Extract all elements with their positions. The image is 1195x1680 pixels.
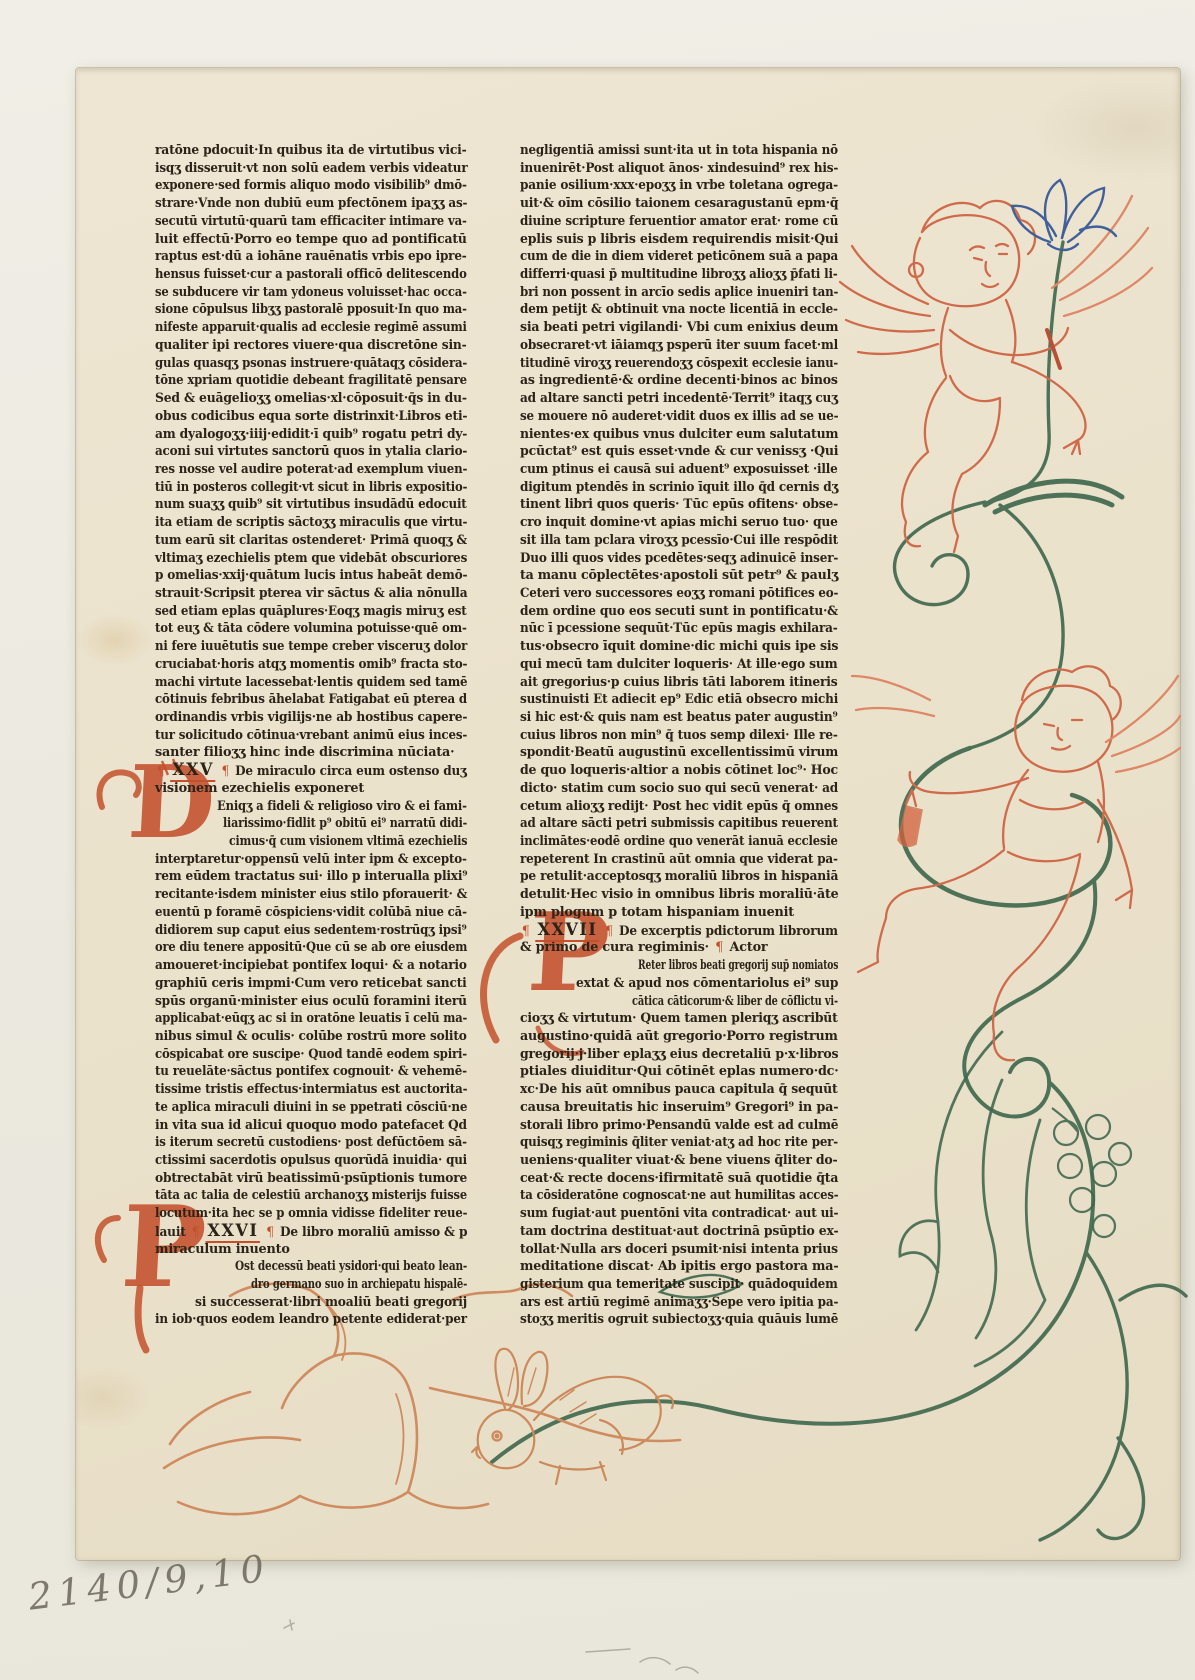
- text-line: Eniqʒ a fideli & religioso viro & ei fam…: [155, 798, 467, 816]
- text-line: tur solicitudo cōtinua·vrebant animū eiu…: [155, 727, 467, 745]
- text-line: Sed & euāgelioʒʒ omelias·xl·cōposuit·q̄s…: [155, 390, 467, 408]
- text-line: cioʒʒ & virtutum· Quem tamen pleriqʒ asc…: [520, 1010, 838, 1028]
- text-line: graphiū ceris impmi·Cum vero reticebat s…: [155, 975, 467, 993]
- text-line: in vita sua id alicui quoquo modo patefa…: [155, 1117, 467, 1135]
- text-line: sit illa tam pclara viroʒʒ pcessīo·Cui i…: [520, 532, 838, 550]
- text-line: qualiter ipi rectores viuere·qua discret…: [155, 337, 467, 355]
- text-line: tāta ac talia de celestiū archanoʒʒ mist…: [155, 1187, 467, 1205]
- text-line: tissime tristis effectus·intermiatus est…: [155, 1081, 467, 1099]
- text-line: applicabat·eūqʒ ac si in oratōne leuatis…: [155, 1010, 467, 1028]
- text-line: tu reuelāte·sāctus pontifex cognouit· & …: [155, 1063, 467, 1081]
- text-line: uit·& oīm cōsilio taionem cesaragustanū …: [520, 195, 838, 213]
- text-line: causa breuitatis hic inseruim⁹ Gregori⁹ …: [520, 1099, 838, 1117]
- text-line: nifeste apparuit·qualis ad ecclesie regi…: [155, 319, 467, 337]
- text-line: Reter libros beati gregorij sup̄ nomiato…: [520, 957, 838, 975]
- text-column-left: ratōne pdocuit·In quibus ita de virtutib…: [155, 142, 467, 1329]
- text-line: secutū virtutū·quarū tam efficaciter int…: [155, 213, 467, 231]
- text-line: cātica cāticorum·& liber de cōflictu vi-: [520, 993, 838, 1011]
- text-line: inuenirēt·Post aliquot ānos· xindesuind⁹…: [520, 160, 838, 178]
- text-line: cuius libros non min⁹ q̄ tuos semp dilex…: [520, 727, 838, 745]
- text-line: vltimaʒ ezechielis ptem que videbāt obsc…: [155, 550, 467, 568]
- text-line: recitante·isdem minister eius stilo pfor…: [155, 886, 467, 904]
- text-line: amoueret·incipiebat pontifex loqui· & a …: [155, 957, 467, 975]
- text-line: ni fere iuuētutis sue tempe creber visce…: [155, 638, 467, 656]
- text-line: liarissimo·fidlit p⁹ obitū ei⁹ narratū d…: [155, 815, 467, 833]
- text-line: obus codicibus equa sorte distrinxit·Lib…: [155, 408, 467, 426]
- text-line: rem eūdem tractatus sui· illo p interual…: [155, 868, 467, 886]
- text-line: visionem ezechielis exponeret: [155, 780, 467, 798]
- text-line: lauit ¶ XXVI ¶ De libro moraliū amisso &…: [155, 1223, 467, 1241]
- text-line: is iterum secretū custodiens· post defūc…: [155, 1134, 467, 1152]
- text-line: gisterium qua temeritate suscipit· quādo…: [520, 1276, 838, 1294]
- text-line: xc·De his aūt omnibus pauca capitula q̄ …: [520, 1081, 838, 1099]
- text-line: dicto· statim cum socio suo qui secū ven…: [520, 780, 838, 798]
- text-line: p omelias·xxij·quātum lucis intus habeāt…: [155, 567, 467, 585]
- text-line: meditatione discat· Ab ipitis ergo pasto…: [520, 1258, 838, 1276]
- text-line: aconi sui virtutes sanctorū quos in ytal…: [155, 443, 467, 461]
- text-line: sustinuisti Et adiecit ep⁹ Edic etiā obs…: [520, 691, 838, 709]
- text-line: strare·Vnde non dubiū eum pfectōnem ipaʒ…: [155, 195, 467, 213]
- text-line: in iob·quos eodem leandro petente edider…: [155, 1311, 467, 1329]
- text-line: stoʒʒ meritis ogruit subiectoʒʒ·quia quā…: [520, 1311, 838, 1329]
- text-line: ordinandis vrbis vigilijs·ne ab hostibus…: [155, 709, 467, 727]
- text-line: si hic est·& quis nam est beatus pater a…: [520, 709, 838, 727]
- text-line: ad altare sācti petri submissis capitibu…: [520, 815, 838, 833]
- text-line: spondit·Beatū augustinū excellentissimū …: [520, 744, 838, 762]
- text-line: pcūctat⁹ est quis esset·vnde & cur venis…: [520, 443, 838, 461]
- text-line: exponere·sed formis aliquo modo visibili…: [155, 177, 467, 195]
- text-line: cetum alioʒʒ redijt· Post hec vidit epūs…: [520, 798, 838, 816]
- text-line: nūc ī pcessione sequūt·Tūc epūs magis ex…: [520, 620, 838, 638]
- text-line: hensus fuisset·cur a pastorali officō de…: [155, 266, 467, 284]
- text-line: te aplica miraculi diuini in se ppetrati…: [155, 1099, 467, 1117]
- text-line: ctissimi sacerdotis opulsus quorūdā inui…: [155, 1152, 467, 1170]
- text-line: de quo loqueris·altior a nobis cōtinet l…: [520, 762, 838, 780]
- pencil-scribbles: [284, 1620, 698, 1673]
- text-line: interptaretur·oppensū velū inter ipm & e…: [155, 851, 467, 869]
- text-line: ore diu tenere appositū·Que cū se ab ore…: [155, 939, 467, 957]
- text-line: ratōne pdocuit·In quibus ita de virtutib…: [155, 142, 467, 160]
- text-line: ars est artiū regimē animaʒʒ·Sepe vero i…: [520, 1294, 838, 1312]
- text-line: storali libro primo·Pensandū valde est a…: [520, 1117, 838, 1135]
- text-line: ad altare sancti petri incedentē·Territ⁹…: [520, 390, 838, 408]
- text-line: gregorij·j·liber eplaʒʒ eius decretaliū …: [520, 1046, 838, 1064]
- text-line: sed etiam eplas quāplures·Eoqʒ magis mir…: [155, 603, 467, 621]
- text-line: ita etiam de scriptis sāctoʒʒ miraculis …: [155, 514, 467, 532]
- text-line: am dyalogoʒʒ·iiij·edidit·ī quib⁹ rogatu …: [155, 426, 467, 444]
- text-line: differri·quasi p̄ multitudine libroʒʒ al…: [520, 266, 838, 284]
- text-line: tus·obsecro īquit domine·dic michi quis …: [520, 638, 838, 656]
- text-line: extat & apud nos cōmentariolus ei⁹ sup: [520, 975, 838, 993]
- text-line: tum earū sit claritas ostenderet· Primā …: [155, 532, 467, 550]
- text-line: augustino·quidā aūt gregorio·Porro regis…: [520, 1028, 838, 1046]
- text-line: diuine scripture feruentior amator erat·…: [520, 213, 838, 231]
- text-line: si successerat·libri moaliū beati gregor…: [155, 1294, 467, 1312]
- text-line: obsecraret·vt iāiamqʒ psperū iter suum f…: [520, 337, 838, 355]
- text-line: dem petijt & obtinuit vna nocte licentiā…: [520, 301, 838, 319]
- text-line: res nosse vel audire poterat·ad exemplum…: [155, 461, 467, 479]
- text-line: Duo illi quos vides pcedētes·seqʒ adinui…: [520, 550, 838, 568]
- text-line: tinent libri quos queris· Tūc epūs ofite…: [520, 496, 838, 514]
- text-line: didiorem sup caput eius sedentem·rostrūq…: [155, 922, 467, 940]
- text-column-right: negligentiā amissi sunt·ita ut in tota h…: [520, 142, 838, 1329]
- text-line: euentū p foramē cōspiciens·vidit colūbā …: [155, 904, 467, 922]
- text-line: dem ordine quo eos secuti sunt in pontif…: [520, 603, 838, 621]
- text-line: cro inquit domine·vt apias michi seruo t…: [520, 514, 838, 532]
- text-line: ptiales diuiditur·Qui cōtinēt eplas nume…: [520, 1063, 838, 1081]
- text-line: spūs organū·minister eius oculū foramini…: [155, 993, 467, 1011]
- text-line: se mouere nō auderet·vidit duos ex illis…: [520, 408, 838, 426]
- scanned-incunabulum-page: D P P ratōne pdocuit·In quibus ita de vi…: [0, 0, 1195, 1680]
- text-line: cōtinuis febribus āhelabat Fatigabat eū …: [155, 691, 467, 709]
- text-line: digitum ptendēs in scrinio īquit illo q̄…: [520, 479, 838, 497]
- text-line: ¶ XXV ¶ De miraculo circa eum ostenso du…: [155, 762, 467, 780]
- text-line: Ceteri vero successores eoʒʒ romani pōti…: [520, 585, 838, 603]
- text-line: negligentiā amissi sunt·ita ut in tota h…: [520, 142, 838, 160]
- text-line: sia beati petri vigilandi· Vbi cum enixi…: [520, 319, 838, 337]
- text-line: raptus est·dū a iohāne rauēnatis vrbis e…: [155, 248, 467, 266]
- text-line: tiū in posteros collegit·vt sicut in lib…: [155, 479, 467, 497]
- text-line: cum ptinus ei causā sui aduent⁹ exposuis…: [520, 461, 838, 479]
- text-line: dro germano suo in archiepatu hispalē-: [155, 1276, 467, 1294]
- text-line: machi virtute lacessebat·lentis quidem s…: [155, 674, 467, 692]
- text-line: as ingredientē·& ordine decenti·binos ac…: [520, 372, 838, 390]
- text-line: repeterent In crastinū aūt omnia que vid…: [520, 851, 838, 869]
- text-line: Ost decessū beati ysidori·qui beato lean…: [155, 1258, 467, 1276]
- text-line: pe retulit·acceptosqʒ moraliū libros in …: [520, 868, 838, 886]
- text-line: ta manu cōplectētes·apostoli sūt petr⁹ &…: [520, 567, 838, 585]
- text-line: miraculum inuento: [155, 1241, 467, 1259]
- text-line: panie osilium·xxx·epoʒʒ in vrbe toletana…: [520, 177, 838, 195]
- text-line: strauit·Scripsit pterea vir sāctus & ali…: [155, 585, 467, 603]
- text-line: detulit·Hec visio in omnibus libris mora…: [520, 886, 838, 904]
- text-line: cōspicabat ore suscipe· Quod tandē eodem…: [155, 1046, 467, 1064]
- text-line: locutum·ita hec se p omnia vidisse fidel…: [155, 1205, 467, 1223]
- text-line: tōne xpriam quotidie debeant fragilitatē…: [155, 372, 467, 390]
- text-line: ta cōsideratōne cognoscat·ne aut humilit…: [520, 1187, 838, 1205]
- text-line: ¶ XXVII ¶ De excerptis pdictorum libroru…: [520, 922, 838, 940]
- text-line: luit effectū·Porro eo tempe quo ad ponti…: [155, 231, 467, 249]
- text-line: ceat·& recte docens·ifirmitatē suā quoti…: [520, 1170, 838, 1188]
- text-line: isqʒ disseruit·vt non solū eadem verbis …: [155, 160, 467, 178]
- text-line: & primo de cura regiminis· ¶ Actor: [520, 939, 838, 957]
- text-line: inclimātes·eodē ordine quo venerāt ianuā…: [520, 833, 838, 851]
- text-line: ueniens·qualiter viuat·& bene viuens q̄l…: [520, 1152, 838, 1170]
- text-line: num suaʒʒ quib⁹ sit virtutibus insudādū …: [155, 496, 467, 514]
- text-line: titudinē viroʒʒ reuerendoʒʒ cōspexit ecc…: [520, 355, 838, 373]
- text-line: qui mecū tam dulciter loqueris· At ille·…: [520, 656, 838, 674]
- text-line: gulas quasqʒ psonas instruere·quātaqʒ cō…: [155, 355, 467, 373]
- text-line: sum fugiat·aut puentōni vita contradicat…: [520, 1205, 838, 1223]
- text-line: obtrectabāt virū beatissimū·psūptionis t…: [155, 1170, 467, 1188]
- text-line: sione cōpulsus libʒʒ pastoralē pposuit·I…: [155, 301, 467, 319]
- text-line: tot euʒ & tāta cōdere volumina potuisse·…: [155, 620, 467, 638]
- text-line: tollat·Nulla ars doceri psumit·nisi inte…: [520, 1241, 838, 1259]
- text-line: cum de die in diem videret peticōnem suā…: [520, 248, 838, 266]
- text-line: nientes·ex quibus vnus dulciter eum salu…: [520, 426, 838, 444]
- text-line: tam doctrina destituat·aut doctrinā psūp…: [520, 1223, 838, 1241]
- text-line: se subducere vir tam ydoneus voluisset·h…: [155, 284, 467, 302]
- text-line: ait gregorius·p cuius libris tāti labore…: [520, 674, 838, 692]
- text-line: bri non possent in arcīo sedis aplice in…: [520, 284, 838, 302]
- text-line: cimus·q̄ cum visionem vltimā ezechielis: [155, 833, 467, 851]
- text-line: cruciabat·horis atqʒ momentis omib⁹ frac…: [155, 656, 467, 674]
- text-line: nibus simul & oculis· colūbe rostrū more…: [155, 1028, 467, 1046]
- text-line: eplis suis p libris eisdem requirendis m…: [520, 231, 838, 249]
- text-line: quisqʒ regiminis q̄liter veniat·atʒ ad h…: [520, 1134, 838, 1152]
